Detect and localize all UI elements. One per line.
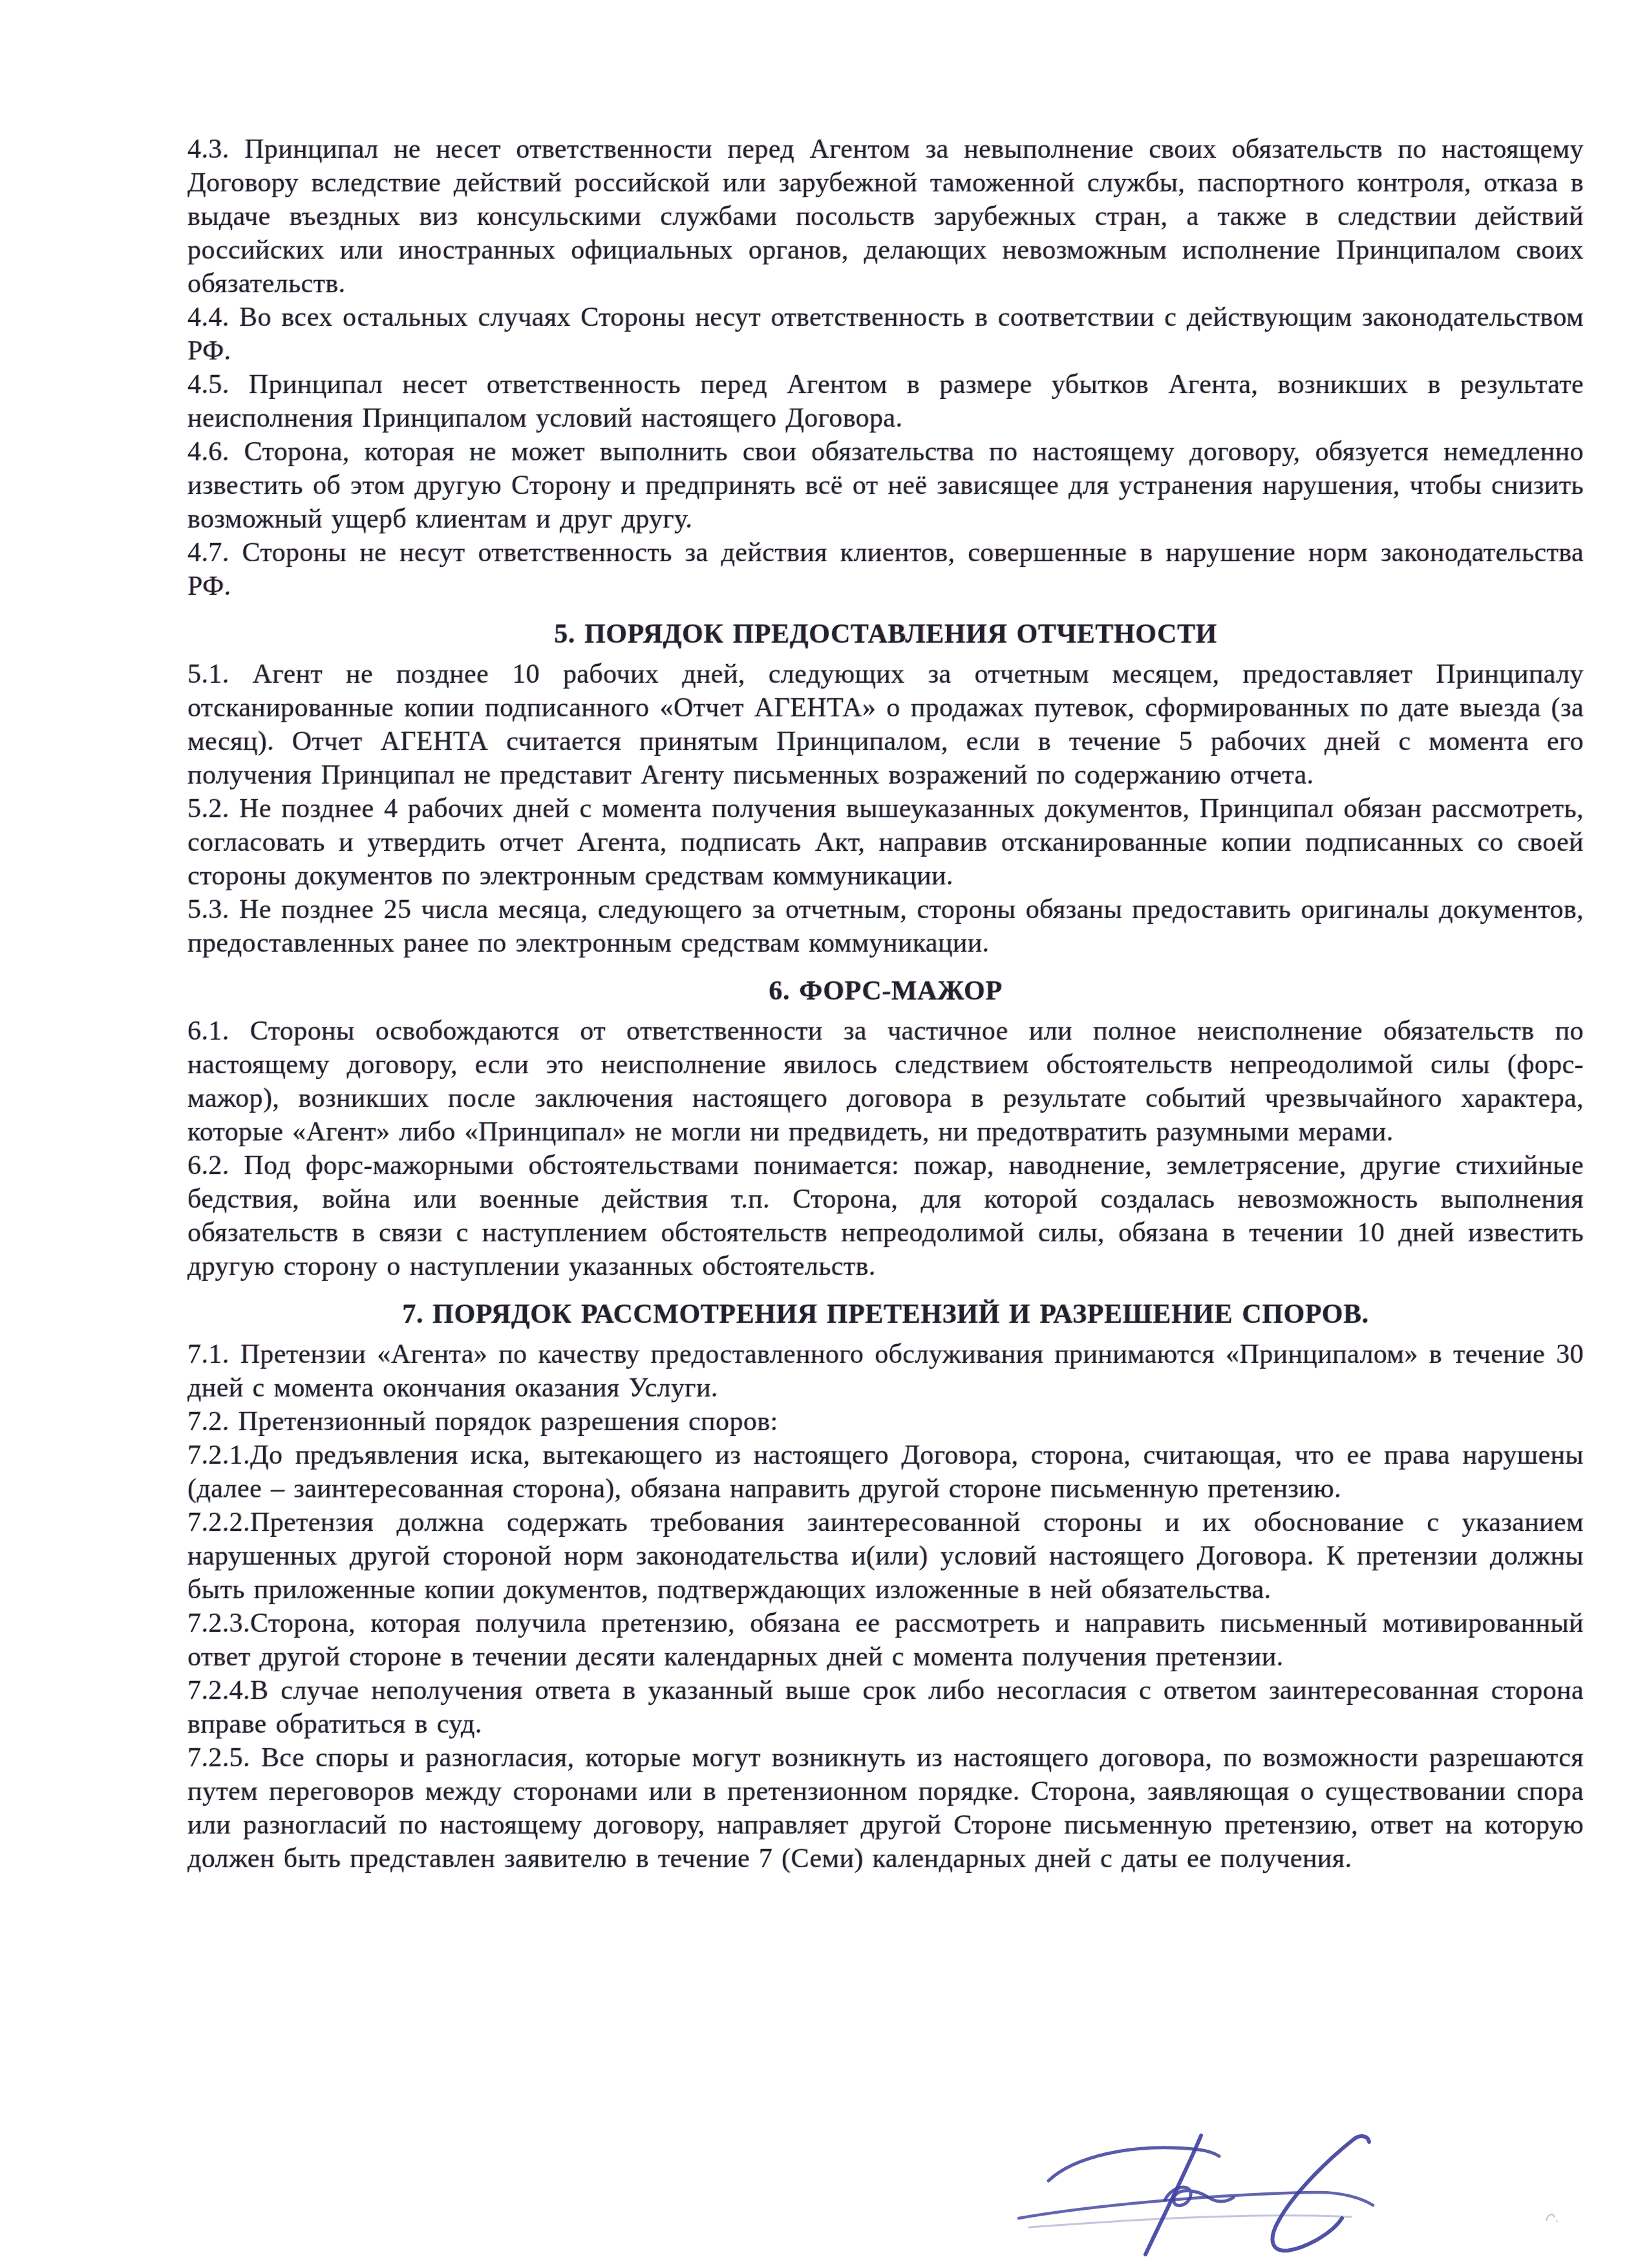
section-heading-5: 5. ПОРЯДОК ПРЕДОСТАВЛЕНИЯ ОТЧЕТНОСТИ <box>187 617 1584 651</box>
clause-5-1: 5.1. Агент не позднее 10 рабочих дней, с… <box>187 658 1584 792</box>
clause-4-4: 4.4. Во всех остальных случаях Стороны н… <box>187 301 1584 368</box>
scan-artifact <box>1544 2211 1559 2224</box>
clause-4-6: 4.6. Сторона, которая не может выполнить… <box>187 435 1584 536</box>
clause-7-2-4: 7.2.4.В случае неполучения ответа в указ… <box>187 1674 1584 1741</box>
clause-7-2: 7.2. Претензионный порядок разрешения сп… <box>187 1405 1584 1439</box>
clause-7-1: 7.1. Претензии «Агента» по качеству пред… <box>187 1338 1584 1405</box>
clause-5-2: 5.2. Не позднее 4 рабочих дней с момента… <box>187 792 1584 893</box>
signature <box>1015 2130 1377 2260</box>
document-page: 4.3. Принципал не несет ответственности … <box>0 0 1649 2268</box>
clause-7-2-1: 7.2.1.До предъявления иска, вытекающего … <box>187 1439 1584 1506</box>
clause-4-3: 4.3. Принципал не несет ответственности … <box>187 133 1584 301</box>
contract-text-column: 4.3. Принципал не несет ответственности … <box>187 133 1584 1876</box>
signature-scribble <box>1015 2130 1377 2260</box>
clause-7-2-3: 7.2.3.Сторона, которая получила претензи… <box>187 1607 1584 1674</box>
section-heading-6: 6. ФОРС-МАЖОР <box>187 974 1584 1008</box>
clause-7-2-2: 7.2.2.Претензия должна содержать требова… <box>187 1506 1584 1607</box>
clause-4-7: 4.7. Стороны не несут ответственность за… <box>187 536 1584 603</box>
clause-5-3: 5.3. Не позднее 25 числа месяца, следующ… <box>187 893 1584 960</box>
clause-4-5: 4.5. Принципал несет ответственность пер… <box>187 368 1584 435</box>
clause-7-2-5: 7.2.5. Все споры и разногласия, которые … <box>187 1741 1584 1876</box>
clause-6-2: 6.2. Под форс-мажорными обстоятельствами… <box>187 1149 1584 1283</box>
clause-6-1: 6.1. Стороны освобождаются от ответствен… <box>187 1014 1584 1149</box>
section-heading-7: 7. ПОРЯДОК РАССМОТРЕНИЯ ПРЕТЕНЗИЙ И РАЗР… <box>187 1298 1584 1331</box>
